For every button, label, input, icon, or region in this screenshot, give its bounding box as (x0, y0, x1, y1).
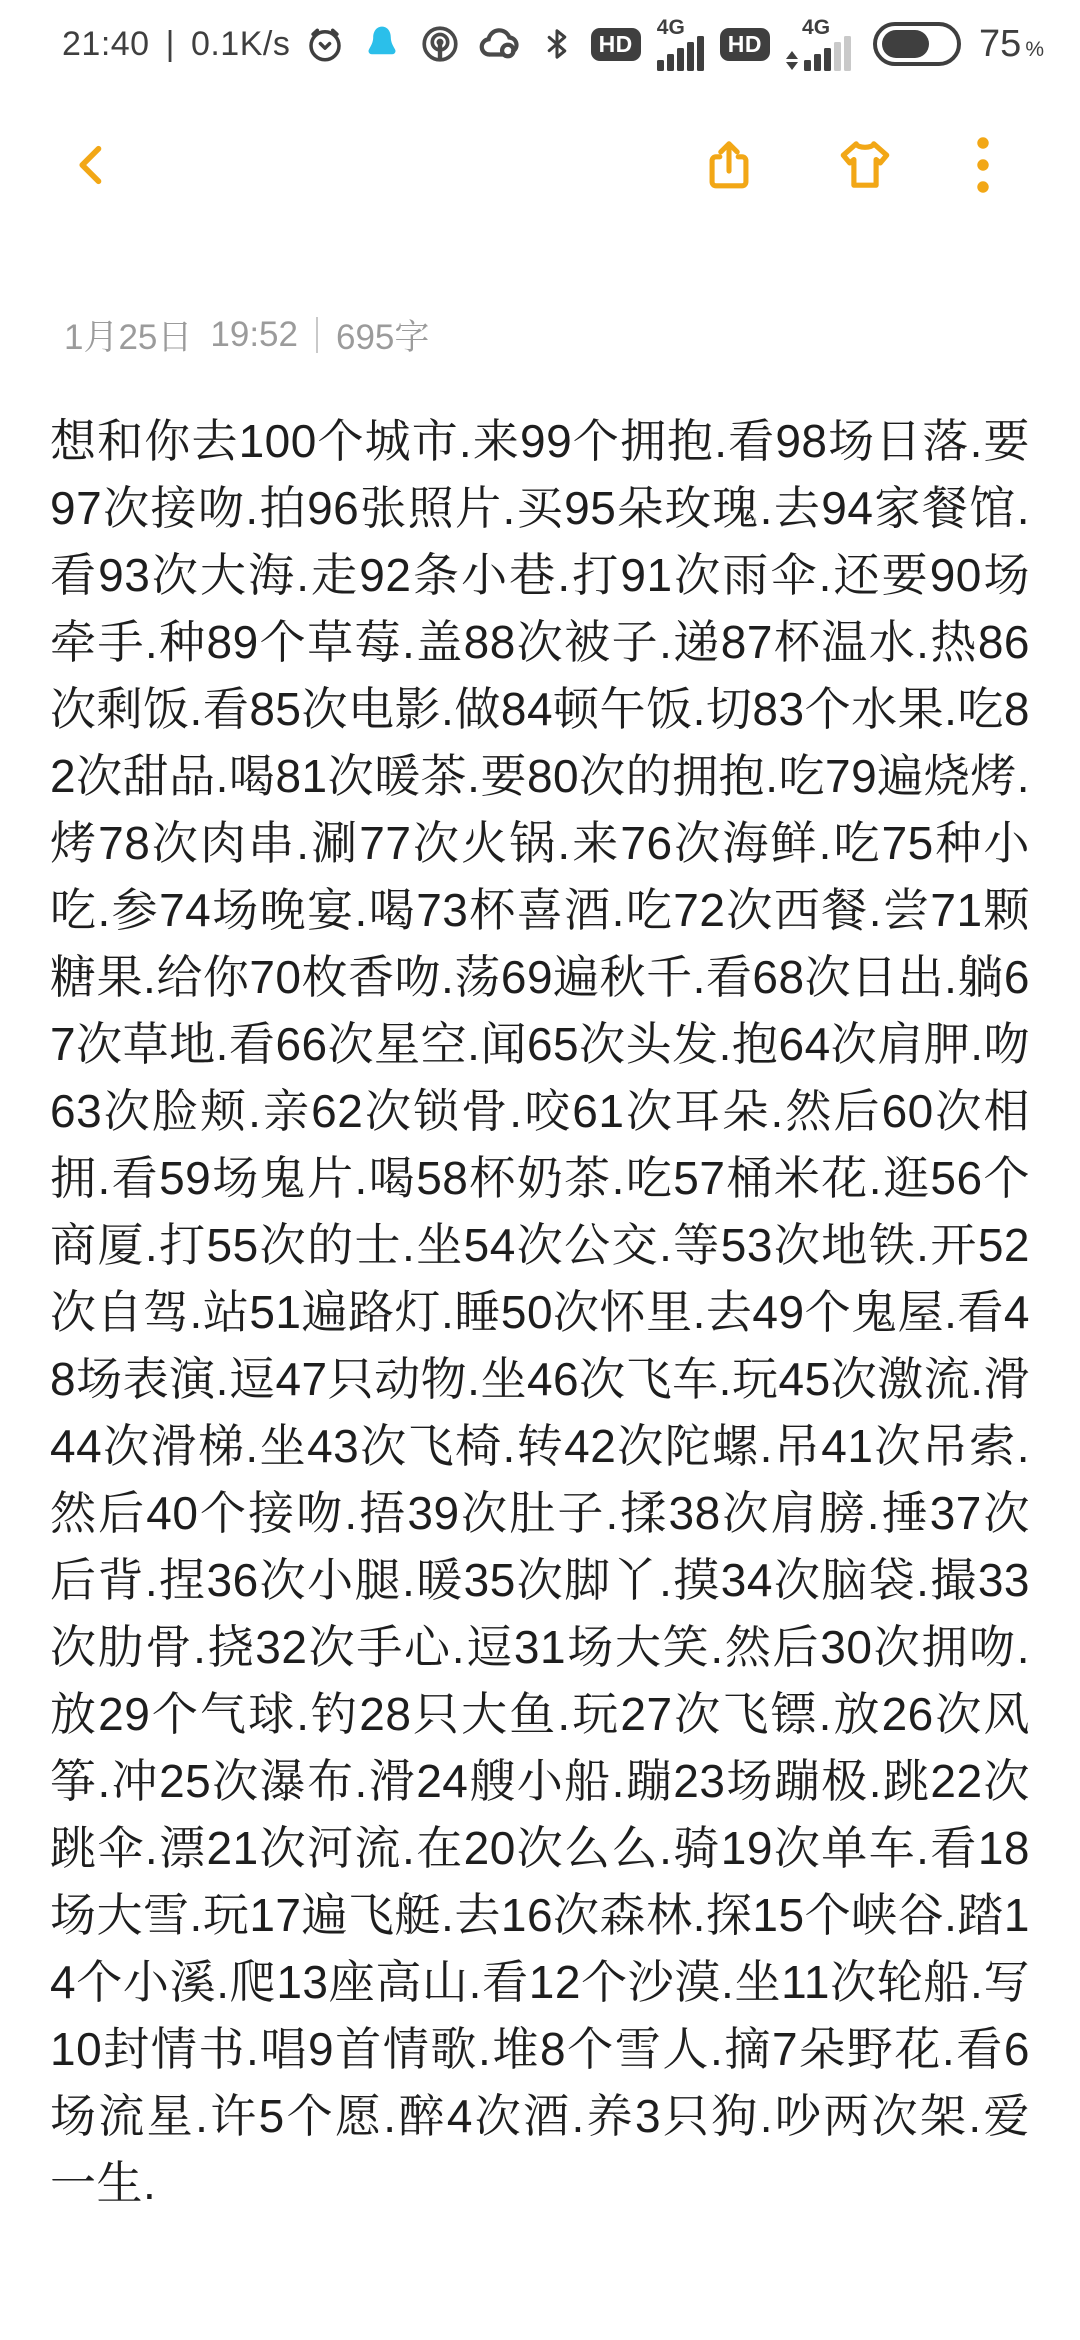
cloud-icon (476, 21, 522, 67)
signal-bars-sim1: 4G (657, 18, 704, 71)
notes-app-screen: 21:40 | 0.1K/s (0, 0, 1080, 2340)
status-separator: | (164, 25, 177, 64)
status-bar-left: 21:40 | 0.1K/s (62, 21, 522, 67)
theme-button[interactable] (832, 134, 898, 196)
note-date: 1月25日 (64, 310, 192, 360)
data-activity-arrows-icon (786, 51, 798, 70)
more-menu-button[interactable] (972, 134, 994, 196)
signal-bars (657, 36, 704, 71)
back-chevron-icon (66, 135, 118, 195)
share-button[interactable] (700, 134, 758, 196)
note-char-count: 695字 (336, 310, 429, 360)
back-button[interactable] (66, 135, 118, 195)
battery-fill (882, 30, 929, 58)
status-bar: 21:40 | 0.1K/s (0, 0, 1080, 80)
hotspot-icon (418, 22, 462, 66)
network-speed: 0.1K/s (191, 25, 290, 64)
network-type-label: 4G (657, 16, 685, 40)
network-type-label: 4G (802, 16, 830, 40)
note-toolbar (0, 100, 1080, 230)
signal-bars-sim2: 4G (786, 18, 851, 71)
hd-badge: HD (591, 28, 641, 61)
clock-time: 21:40 (62, 25, 150, 64)
bluetooth-icon (539, 24, 575, 64)
theme-shirt-icon (832, 134, 898, 196)
meta-divider (316, 317, 318, 353)
note-time: 19:52 (210, 315, 298, 355)
qq-notification-icon (360, 22, 404, 66)
signal-bars (804, 36, 851, 71)
share-icon (700, 134, 758, 196)
toolbar-actions (700, 134, 994, 196)
more-dots-icon (972, 134, 994, 196)
hd-badge: HD (720, 28, 770, 61)
note-body-text[interactable]: 想和你去100个城市.来99个拥抱.看98场日落.要97次接吻.拍96张照片.买… (0, 408, 1080, 2217)
battery-percent: 75 % (979, 23, 1044, 66)
note-meta: 1月25日 19:52 695字 (0, 310, 1080, 360)
alarm-icon (304, 23, 346, 65)
status-bar-right: HD 4G HD 4G 75 (539, 18, 1044, 71)
battery-icon (873, 22, 961, 66)
